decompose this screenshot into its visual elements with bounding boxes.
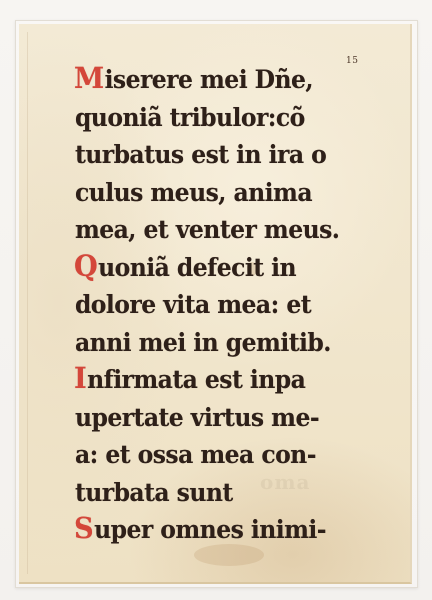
line-text: mea, et venter meus. — [75, 215, 339, 244]
line-text: anni mei in gemitib. — [75, 328, 331, 357]
text-line: turbatus est in ira o — [74, 135, 347, 173]
line-text: quoniã tribulor:cõ — [75, 103, 305, 132]
text-line: Super omnes inimi- — [74, 510, 347, 548]
line-text: uper omnes inimi- — [94, 515, 326, 544]
rubric-initial: S — [74, 511, 93, 545]
line-text: upertate virtus me- — [75, 403, 319, 432]
line-text: a: et ossa mea con- — [75, 440, 316, 469]
line-text: turbatus est in ira o — [75, 140, 326, 169]
text-line: turbata sunt — [74, 473, 347, 511]
text-line: anni mei in gemitib. — [74, 323, 347, 361]
text-line: mea, et venter meus. — [74, 210, 347, 248]
rubric-initial: I — [74, 361, 86, 395]
text-line: a: et ossa mea con- — [74, 435, 347, 473]
scan-background: 15 oma Miserere mei Dñe, quoniã tribulor… — [0, 0, 432, 600]
manuscript-text: Miserere mei Dñe, quoniã tribulor:cõ tur… — [74, 60, 364, 548]
text-line: Infirmata est inpa — [74, 360, 347, 398]
line-text: dolore vita mea: et — [75, 290, 311, 319]
text-line: dolore vita mea: et — [74, 285, 347, 323]
rubric-initial: Q — [74, 249, 97, 283]
text-line: quoniã tribulor:cõ — [74, 98, 347, 136]
text-line: Miserere mei Dñe, — [74, 60, 347, 98]
line-text: turbata sunt — [75, 478, 233, 507]
line-text: iserere mei Dñe, — [105, 65, 313, 94]
rubric-initial: M — [74, 61, 104, 95]
line-text: culus meus, anima — [75, 178, 312, 207]
text-line: upertate virtus me- — [74, 398, 347, 436]
line-text: uoniã defecit in — [98, 253, 296, 282]
text-line: Quoniã defecit in — [74, 248, 347, 286]
text-line: culus meus, anima — [74, 173, 347, 211]
line-text: nfirmata est inpa — [87, 365, 305, 394]
